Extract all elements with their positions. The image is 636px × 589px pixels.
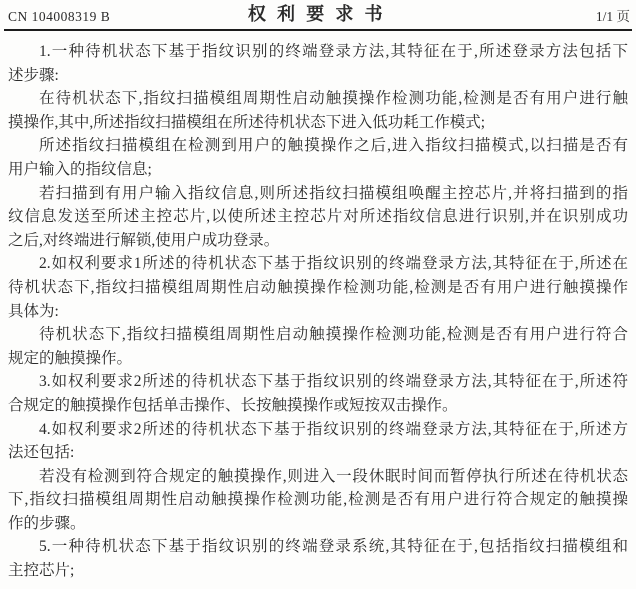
claim-paragraph: 5.一种待机状态下基于指纹识别的终端登录系统,其特征在于,包括指纹扫描模组和主控… (8, 535, 628, 582)
claim-text-line: 在待机状态下,指纹扫描模组周期性启动触摸操作检测功能,检测是否有用户进行触 (8, 87, 628, 111)
claim-paragraph: 4.如权利要求2所述的待机状态下基于指纹识别的终端登录方法,其特征在于,所述方法… (8, 418, 628, 465)
claim-text-line: 若没有检测到符合规定的触摸操作,则进入一段休眠时间而暂停执行所述在待机状态 (8, 465, 628, 489)
claim-text-line: 2.如权利要求1所述的待机状态下基于指纹识别的终端登录方法,其特征在于,所述在 (8, 252, 628, 276)
claim-text-line: 4.如权利要求2所述的待机状态下基于指纹识别的终端登录方法,其特征在于,所述方 (8, 418, 628, 442)
claim-paragraph: 2.如权利要求1所述的待机状态下基于指纹识别的终端登录方法,其特征在于,所述在待… (8, 252, 628, 323)
claim-text-line: 1.一种待机状态下基于指纹识别的终端登录方法,其特征在于,所述登录方法包括下 (8, 40, 628, 64)
claim-text-line: 5.一种待机状态下基于指纹识别的终端登录系统,其特征在于,包括指纹扫描模组和 (8, 535, 628, 559)
claim-text-line: 述步骤: (8, 64, 628, 88)
claim-paragraph: 若没有检测到符合规定的触摸操作,则进入一段休眠时间而暂停执行所述在待机状态下,指… (8, 465, 628, 536)
claim-paragraph: 所述指纹扫描模组在检测到用户的触摸操作之后,进入指纹扫描模式,以扫描是否有用户输… (8, 134, 628, 181)
claim-text-line: 具体为: (8, 300, 628, 324)
claim-text-line: 用户输入的指纹信息; (8, 158, 628, 182)
claim-text-line: 若扫描到有用户输入指纹信息,则所述指纹扫描模组唤醒主控芯片,并将扫描到的指 (8, 182, 628, 206)
claim-paragraph: 若扫描到有用户输入指纹信息,则所述指纹扫描模组唤醒主控芯片,并将扫描到的指纹信息… (8, 182, 628, 253)
page-number-indicator: 1/1 页 (596, 5, 630, 25)
claim-text-line: 摸操作,其中,所述指纹扫描模组在所述待机状态下进入低功耗工作模式; (8, 111, 628, 135)
claim-text-line: 3.如权利要求2所述的待机状态下基于指纹识别的终端登录方法,其特征在于,所述符 (8, 370, 628, 394)
claim-text-line: 所述指纹扫描模组在检测到用户的触摸操作之后,进入指纹扫描模式,以扫描是否有 (8, 134, 628, 158)
claim-text-line: 待机状态下,指纹扫描模组周期性启动触摸操作检测功能,检测是否有用户进行触摸操作 (8, 276, 628, 300)
claim-text-line: 主控芯片; (8, 559, 628, 583)
patent-claims-page: CN 104008319 B 权利要求书 1/1 页 1.一种待机状态下基于指纹… (0, 0, 636, 589)
claim-text-line: 作的步骤。 (8, 512, 628, 536)
claim-text-line: 规定的触摸操作。 (8, 347, 628, 371)
page-title: 权利要求书 (242, 0, 393, 26)
claim-text-line: 待机状态下,指纹扫描模组周期性启动触摸操作检测功能,检测是否有用户进行符合 (8, 323, 628, 347)
claim-text-line: 法还包括: (8, 441, 628, 465)
claim-paragraph: 3.如权利要求2所述的待机状态下基于指纹识别的终端登录方法,其特征在于,所述符合… (8, 370, 628, 417)
claim-text-line: 下,指纹扫描模组周期性启动触摸操作检测功能,检测是否有用户进行符合规定的触摸操 (8, 488, 628, 512)
claim-text-line: 合规定的触摸操作包括单击操作、长按触摸操作或短按双击操作。 (8, 394, 628, 418)
claim-paragraph: 在待机状态下,指纹扫描模组周期性启动触摸操作检测功能,检测是否有用户进行触摸操作… (8, 87, 628, 134)
claim-text-line: 纹信息发送至所述主控芯片,以使所述主控芯片对所述指纹信息进行识别,并在识别成功 (8, 205, 628, 229)
claims-body: 1.一种待机状态下基于指纹识别的终端登录方法,其特征在于,所述登录方法包括下述步… (0, 31, 636, 583)
claim-text-line: 之后,对终端进行解锁,使用户成功登录。 (8, 229, 628, 253)
claim-paragraph: 1.一种待机状态下基于指纹识别的终端登录方法,其特征在于,所述登录方法包括下述步… (8, 40, 628, 87)
page-header: CN 104008319 B 权利要求书 1/1 页 (4, 0, 632, 31)
claim-paragraph: 待机状态下,指纹扫描模组周期性启动触摸操作检测功能,检测是否有用户进行符合规定的… (8, 323, 628, 370)
patent-publication-number: CN 104008319 B (8, 9, 110, 25)
